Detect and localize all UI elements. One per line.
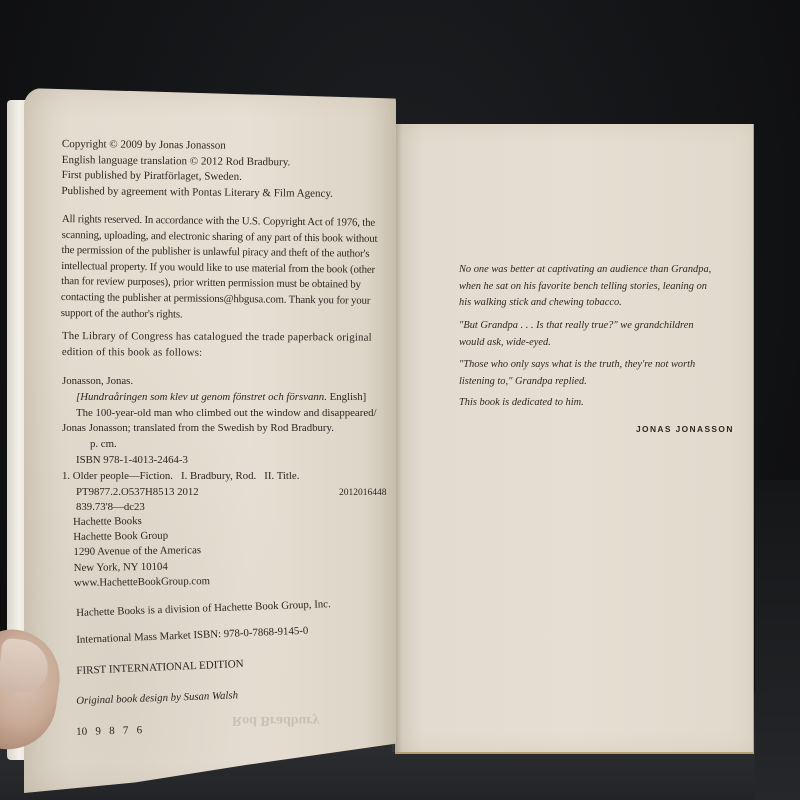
dedication-line: when he sat on his favorite bench tellin…: [459, 279, 749, 296]
catalog-original-title-text: [Hundraåringen som klev ut genom fönstre…: [76, 391, 327, 403]
copyright-line: Published by agreement with Pontas Liter…: [61, 183, 333, 201]
question-line: "But Grandpa . . . Is that really true?"…: [459, 318, 749, 335]
dedication-line: No one was better at captivating an audi…: [459, 262, 749, 279]
catalog-original-title: [Hundraåringen som klev ut genom fönstre…: [62, 390, 377, 406]
answer-line: listening to," Grandpa replied.: [459, 374, 749, 391]
catalog-original-title-suffix: English]: [327, 391, 366, 403]
printing-line: 10 9 8 7 6: [76, 722, 142, 740]
catalog-title-line: Jonas Jonasson; translated from the Swed…: [62, 421, 377, 437]
catalog-subjects: 1. Older people—Fiction. I. Bradbury, Ro…: [62, 469, 377, 485]
copyright-block: Copyright © 2009 by Jonas Jonasson Engli…: [61, 137, 333, 202]
publisher-line: 1290 Avenue of the Americas: [73, 544, 209, 561]
answer-line: "Those who only says what is the truth, …: [459, 357, 749, 374]
author-signature: JONAS JONASSON: [636, 424, 734, 434]
right-page: [395, 124, 754, 752]
table-surface-right: [755, 480, 800, 800]
question-line: would ask, wide-eyed.: [459, 335, 749, 352]
library-intro-line: The Library of Congress has catalogued t…: [62, 328, 372, 346]
publisher-line: www.HachetteBookGroup.com: [74, 574, 210, 591]
catalog-isbn: ISBN 978-1-4013-2464-3: [62, 453, 377, 469]
library-intro-line: edition of this book as follows:: [62, 344, 372, 362]
rights-block: All rights reserved. In accordance with …: [61, 212, 378, 325]
dedication-line: his walking stick and chewing tobacco.: [459, 295, 749, 312]
library-intro: The Library of Congress has catalogued t…: [62, 328, 372, 362]
answer-paragraph: "Those who only says what is the truth, …: [459, 357, 749, 390]
catalog-record: Jonasson, Jonas. [Hundraåringen som klev…: [62, 374, 377, 516]
catalog-title-line: The 100-year-old man who climbed out the…: [62, 406, 377, 422]
show-through-text: Rod Bradbury: [232, 712, 320, 728]
catalog-pcm: p. cm.: [62, 437, 377, 453]
catalog-author: Jonasson, Jonas.: [62, 374, 377, 390]
catalog-lccn: 2012016448: [339, 488, 387, 498]
question-paragraph: "But Grandpa . . . Is that really true?"…: [459, 318, 749, 351]
dedication-paragraph: No one was better at captivating an audi…: [459, 262, 749, 312]
catalog-lc-class: PT9877.2.O537H8513 2012: [62, 485, 377, 501]
dedication-closing: This book is dedicated to him.: [459, 395, 749, 412]
publisher-address: Hachette Books Hachette Book Group 1290 …: [73, 513, 210, 591]
